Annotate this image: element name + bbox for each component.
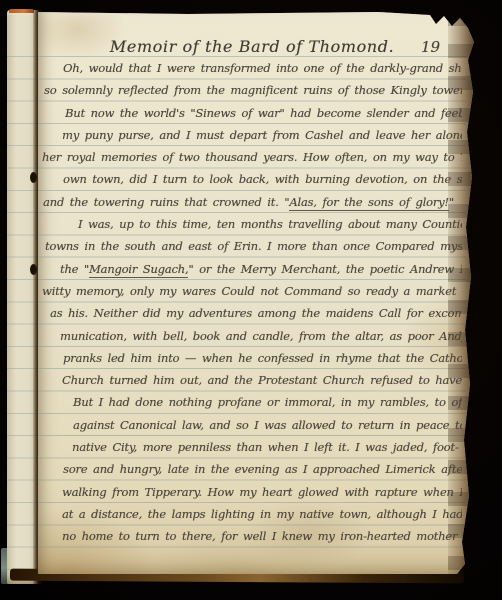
manuscript-line: and the towering ruins that crowned it. … [42, 190, 462, 212]
facing-page-top-edge [9, 9, 34, 13]
manuscript-line: at a distance, the lamps lighting in my … [42, 502, 462, 524]
manuscript-line: sore and hungry, late in the evening as … [42, 457, 462, 479]
manuscript-line: Oh, would that I were transformed into o… [42, 56, 462, 78]
gutter-notch [30, 264, 37, 275]
manuscript-line: the "Mangoir Sugach," or the Merry Merch… [42, 257, 462, 279]
manuscript-line: against Canonical law, and so I was allo… [42, 413, 462, 435]
manuscript-line: I was, up to this time, ten months trave… [42, 212, 462, 234]
manuscript-line: native City, more penniless than when I … [42, 435, 462, 457]
manuscript-line: witty memory, only my wares Could not Co… [42, 279, 462, 301]
manuscript-line: no home to turn to there, for well I kne… [42, 524, 462, 546]
manuscript-line: so solemnly reflected from the magnifice… [42, 78, 462, 100]
page-title: Memoir of the Bard of Thomond. [110, 37, 394, 56]
manuscript-lines: Oh, would that I were transformed into o… [42, 56, 462, 547]
manuscript-line: pranks led him into — when he confessed … [42, 346, 462, 368]
manuscript-line: Church turned him out, and the Protestan… [42, 368, 462, 390]
manuscript-line: munication, with bell, book and candle, … [42, 324, 462, 346]
manuscript-page: Memoir of the Bard of Thomond. 19 Oh, wo… [38, 12, 474, 574]
gutter-notch [30, 172, 37, 183]
underlined-phrase: Mangoir Sugach, [89, 262, 188, 278]
manuscript-photo: Memoir of the Bard of Thomond. 19 Oh, wo… [0, 0, 502, 600]
manuscript-line: But I had done nothing profane or immora… [42, 390, 462, 412]
manuscript-line: walking from Tipperary. How my heart glo… [42, 480, 462, 502]
manuscript-line: my puny purse, and I must depart from Ca… [42, 123, 462, 145]
manuscript-line: her royal memories of two thousand years… [42, 145, 462, 167]
manuscript-line: towns in the south and east of Erin. I m… [42, 234, 462, 256]
handwritten-text: Memoir of the Bard of Thomond. 19 Oh, wo… [42, 12, 462, 547]
manuscript-line: But now the world's "Sinews of war" had … [42, 101, 462, 123]
title-line: Memoir of the Bard of Thomond. 19 [42, 12, 462, 56]
manuscript-line: own town, did I turn to look back, with … [42, 167, 462, 189]
manuscript-line: as his. Neither did my adventures among … [42, 301, 462, 323]
page-number: 19 [421, 38, 440, 56]
underlined-phrase: Alas, for the sons of glory! [289, 195, 448, 211]
